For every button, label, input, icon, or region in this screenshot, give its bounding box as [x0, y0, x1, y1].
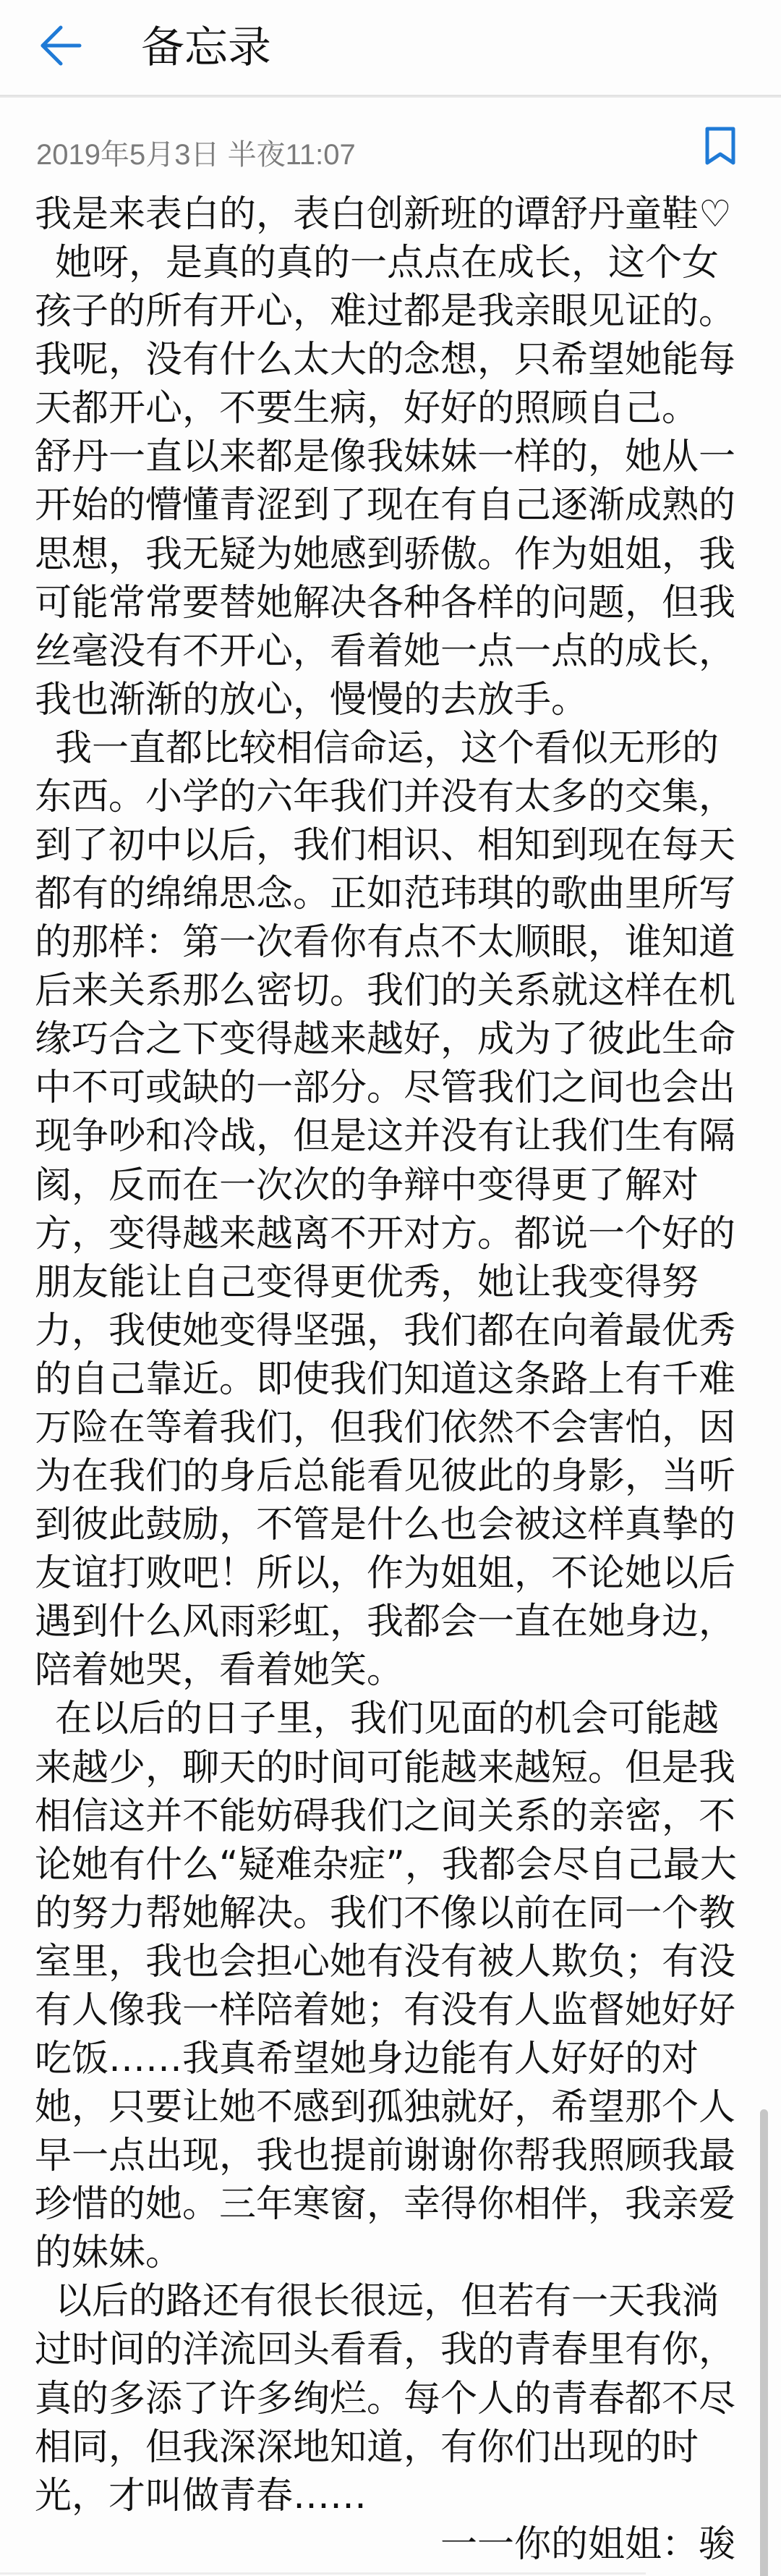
text-line: 为在我们的身后总能看见彼此的身影，当听 [35, 1452, 743, 1501]
text-line: 珍惜的她。三年寒窗，幸得你相伴，我亲爱 [35, 2180, 743, 2229]
text-line: 万险在等着我们，但我们依然不会害怕，因 [35, 1404, 743, 1452]
arrow-left-icon [35, 22, 87, 71]
text-line: 遇到什么风雨彩虹，我都会一直在她身边， [35, 1598, 743, 1646]
text-line: 阂，反而在一次次的争辩中变得更了解对 [35, 1161, 743, 1210]
text-line: 开始的懵懂青涩到了现在有自己逐渐成熟的 [35, 481, 743, 530]
scrollbar-thumb[interactable] [760, 2109, 768, 2576]
text-line: 到了初中以后，我们相识、相知到现在每天 [35, 821, 743, 870]
text-line: 舒丹一直以来都是像我妹妹一样的，她从一 [35, 433, 743, 481]
paragraph-4: 在以后的日子里，我们见面的机会可能越 来越少，聊天的时间可能越来越短。但是我 相… [35, 1695, 743, 2277]
text-line: 相同，但我深深地知道，有你们出现的时 [35, 2423, 743, 2472]
text-line: 吃饭……我真希望她身边能有人好好的对 [35, 2035, 743, 2083]
app-header: 备忘录 [0, 0, 781, 95]
note-body[interactable]: 我是来表白的，表白创新班的谭舒丹童鞋♡ 她呀，是真的真的一点点在成长，这个女 孩… [35, 190, 743, 2569]
text-line: 孩子的所有开心，难过都是我亲眼见证的。 [35, 287, 743, 336]
text-line: 现争吵和冷战，但是这并没有让我们生有隔 [35, 1112, 743, 1161]
text-line: 到彼此鼓励，不管是什么也会被这样真挚的 [35, 1501, 743, 1549]
text-line: 东西。小学的六年我们并没有太多的交集， [35, 773, 743, 821]
text-line: 的努力帮她解决。我们不像以前在同一个教 [35, 1889, 743, 1938]
text-line: 来越少，聊天的时间可能越来越短。但是我 [35, 1744, 743, 1792]
text-line: 她呀，是真的真的一点点在成长，这个女 [35, 239, 743, 287]
text-line: 早一点出现，我也提前谢谢你帮我照顾我最 [35, 2132, 743, 2180]
text-line: 思想，我无疑为她感到骄傲。作为姐姐，我 [35, 530, 743, 579]
text-line: 室里，我也会担心她有没有被人欺负；有没 [35, 1938, 743, 1986]
text-line: 我是来表白的，表白创新班的谭舒丹童鞋♡ [35, 190, 743, 239]
text-line: 天都开心，不要生病，好好的照顾自己。 [35, 384, 743, 433]
bookmark-icon [705, 127, 735, 166]
text-line: 缘巧合之下变得越来越好，成为了彼此生命 [35, 1015, 743, 1064]
text-line: 力，我使她变得坚强，我们都在向着最优秀 [35, 1307, 743, 1355]
text-line: 我也渐渐的放心，慢慢的去放手。 [35, 676, 743, 724]
page-title: 备忘录 [141, 22, 271, 74]
text-line: 她，只要让她不感到孤独就好，希望那个人 [35, 2083, 743, 2132]
signature: 一一你的姐姐：骏 [35, 2520, 735, 2569]
paragraph-2: 她呀，是真的真的一点点在成长，这个女 孩子的所有开心，难过都是我亲眼见证的。 我… [35, 239, 743, 724]
text-line: 真的多添了许多绚烂。每个人的青春都不尽 [35, 2375, 743, 2423]
text-line: 论她有什么“疑难杂症”，我都会尽自己最大 [35, 1841, 743, 1889]
back-button[interactable] [35, 22, 87, 71]
text-line: 中不可或缺的一部分。尽管我们之间也会出 [35, 1064, 743, 1112]
paragraph-1: 我是来表白的，表白创新班的谭舒丹童鞋♡ [35, 190, 743, 239]
text-line: 以后的路还有很长很远，但若有一天我淌 [35, 2277, 743, 2326]
bottom-edge-divider [0, 2572, 646, 2575]
text-line: 在以后的日子里，我们见面的机会可能越 [35, 1695, 743, 1743]
text-line: 都有的绵绵思念。正如范玮琪的歌曲里所写 [35, 870, 743, 918]
text-line: 陪着她哭，看着她笑。 [35, 1646, 743, 1695]
note-timestamp: 2019年5月3日 半夜11:07 [36, 137, 356, 172]
bookmark-button[interactable] [699, 121, 742, 171]
text-line: 方，变得越来越离不开对方。都说一个好的 [35, 1210, 743, 1258]
text-line: 的自己靠近。即使我们知道这条路上有千难 [35, 1355, 743, 1404]
text-line: 有人像我一样陪着她；有没有人监督她好好 [35, 1986, 743, 2035]
text-line: 朋友能让自己变得更优秀，她让我变得努 [35, 1258, 743, 1307]
paragraph-3: 我一直都比较相信命运，这个看似无形的 东西。小学的六年我们并没有太多的交集， 到… [35, 724, 743, 1695]
text-line: 我呢，没有什么太大的念想，只希望她能每 [35, 336, 743, 384]
text-line: 丝毫没有不开心，看着她一点一点的成长， [35, 627, 743, 676]
text-line: 友谊打败吧！所以，作为姐姐，不论她以后 [35, 1549, 743, 1598]
text-line: 后来关系那么密切。我们的关系就这样在机 [35, 967, 743, 1015]
text-line: 光，才叫做青春…… [35, 2472, 743, 2520]
note-meta-row: 2019年5月3日 半夜11:07 [0, 98, 781, 185]
text-line: 的那样：第一次看你有点不太顺眼，谁知道 [35, 918, 743, 967]
text-line: 可能常常要替她解决各种各样的问题，但我 [35, 579, 743, 627]
text-line: 的妹妹。 [35, 2229, 743, 2277]
text-line: 相信这并不能妨碍我们之间关系的亲密，不 [35, 1792, 743, 1841]
text-line: 我一直都比较相信命运，这个看似无形的 [35, 724, 743, 773]
text-line: 过时间的洋流回头看看，我的青春里有你， [35, 2326, 743, 2374]
paragraph-5: 以后的路还有很长很远，但若有一天我淌 过时间的洋流回头看看，我的青春里有你， 真… [35, 2277, 743, 2520]
